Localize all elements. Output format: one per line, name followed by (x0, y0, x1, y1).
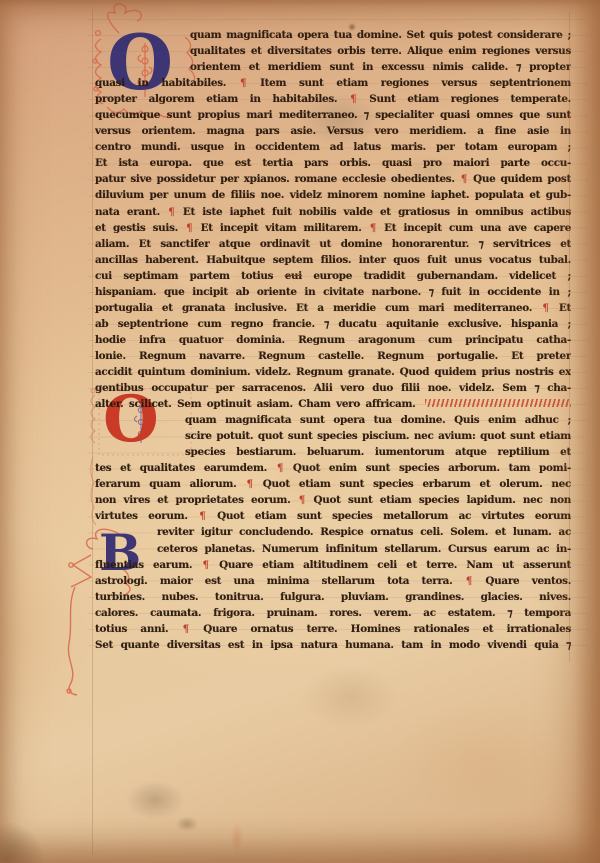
text-line: centro mundi. usque in occidentem ad lat… (95, 139, 571, 155)
text-line: quasi in habitabiles. ¶ Item sunt etiam … (95, 75, 571, 91)
red-line-filler (425, 399, 571, 407)
pilcrow-mark: ¶ (276, 462, 284, 474)
pilcrow-mark: ¶ (198, 510, 206, 522)
pilcrow-mark: ¶ (182, 623, 190, 635)
text-line: orientem et meridiem sunt in excessu nim… (95, 59, 571, 75)
manuscript-photo: O O (0, 0, 600, 863)
text-line: et gestis suis. ¶ Et incepit vitam milit… (95, 220, 571, 236)
text-line: hispaniam. que incipit ab oriente in civ… (95, 284, 571, 300)
text-line: reviter igitur concludendo. Respice orna… (95, 524, 571, 540)
text-line: tes et qualitates earumdem. ¶ Quot enim … (95, 460, 571, 476)
pilcrow-mark: ¶ (239, 77, 247, 89)
text-line: totius anni. ¶ Quare ornatus terre. Homi… (95, 621, 571, 637)
text-line: nata erant. ¶ Et iste iaphet fuit nobili… (95, 204, 571, 220)
text-line: fluentias earum. ¶ Quare etiam altitudin… (95, 557, 571, 573)
text-line: lonie. Regnum navarre. Regnum castelle. … (95, 348, 571, 364)
struck-word: eui (285, 270, 302, 282)
text-line: aliam. Et sanctifer atque ordinavit ut d… (95, 236, 571, 252)
text-line: versus orientem. magna pars asie. Versus… (95, 123, 571, 139)
text-line: Et ista europa. que est tertia pars orbi… (95, 155, 571, 171)
text-line: gentibus occupatur per sarracenos. Alii … (95, 380, 571, 396)
pilcrow-mark: ¶ (298, 494, 306, 506)
text-line: quam magnificata opera tua domine. Set q… (95, 27, 571, 43)
text-line: ferarum quam aliorum. ¶ Quot etiam sunt … (95, 476, 571, 492)
pilcrow-mark: ¶ (541, 302, 549, 314)
text-line: hodie infra quatuor dominia. Regnum arag… (95, 332, 571, 348)
text-line: astrologi. maior est una minima stellaru… (95, 573, 571, 589)
text-line: patur sive possidetur per xpianos. roman… (95, 171, 571, 187)
text-line: diluvium per unum de filiis noe. videlz … (95, 187, 571, 203)
text-line: propter algorem etiam in habitabiles. ¶ … (95, 91, 571, 107)
pilcrow-mark: ¶ (245, 478, 253, 490)
text-line: virtutes eorum. ¶ Quot etiam sunt specie… (95, 508, 571, 524)
text-line: portugalia et granata inclusive. Et a me… (95, 300, 571, 316)
text-line: turbines. nubes. tonitrua. fulgura. pluv… (95, 589, 571, 605)
text-line: Set quante diversitas est in ipsa natura… (95, 637, 571, 653)
pilcrow-mark: ¶ (202, 559, 210, 571)
text-line: qualitates et diversitates orbis terre. … (95, 43, 571, 59)
text-line: cui septimam partem totius eui europe tr… (95, 268, 571, 284)
pilcrow-mark: ¶ (167, 206, 175, 218)
text-line: accidit quintum dominium. videlz. Regnum… (95, 364, 571, 380)
text-line: ceteros planetas. Numerum infinitum stel… (95, 541, 571, 557)
text-line: species bestiarum. beluarum. iumentorum … (95, 444, 571, 460)
text-line: scire potuit. quot sunt species piscium.… (95, 428, 571, 444)
text-line: quam magnificata sunt opera tua domine. … (95, 412, 571, 428)
text-line: quecumque sunt propius mari mediterraneo… (95, 107, 571, 123)
text-line: non vires et proprietates eorum. ¶ Quot … (95, 492, 571, 508)
pilcrow-mark: ¶ (369, 222, 377, 234)
text-line: ancillas haberent. Habuitque septem fili… (95, 252, 571, 268)
text-line: calores. caumata. frigora. pruinam. rore… (95, 605, 571, 621)
pilcrow-mark: ¶ (460, 173, 468, 185)
text-line: alter. scilicet. Sem optinuit asiam. Cha… (95, 396, 571, 412)
text-column: quam magnificata opera tua domine. Set q… (95, 27, 571, 653)
pilcrow-mark: ¶ (465, 575, 473, 587)
text-line: ab septentrione cum regno francie. ⁊ duc… (95, 316, 571, 332)
